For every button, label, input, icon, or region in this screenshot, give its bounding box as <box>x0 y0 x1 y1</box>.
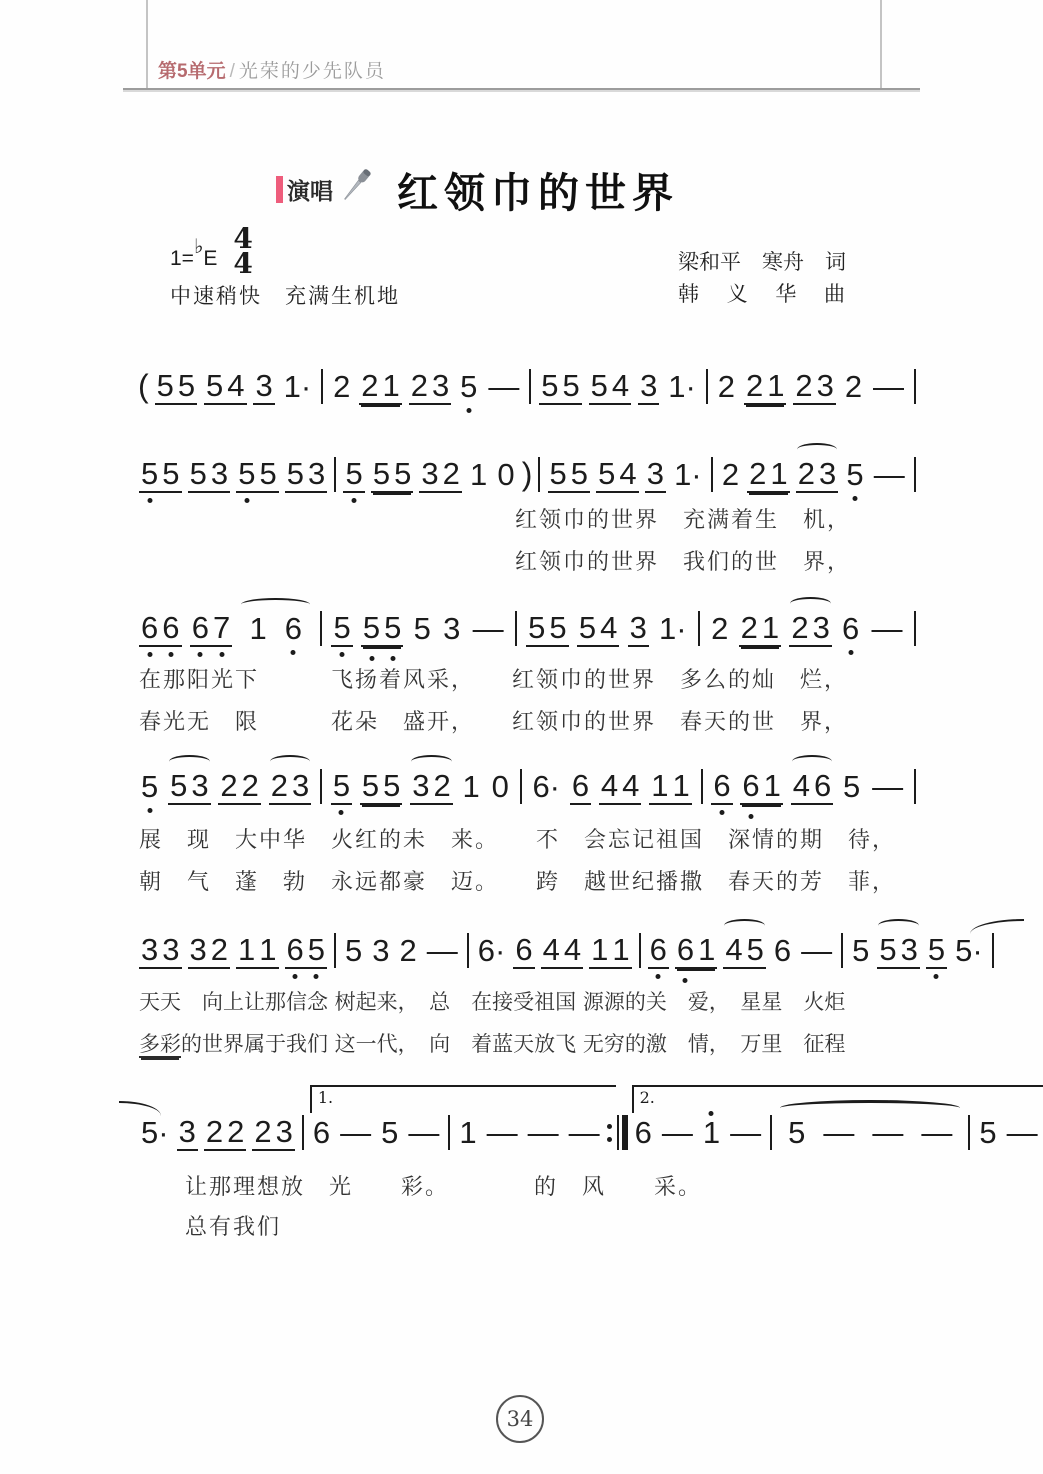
barline <box>529 369 531 404</box>
slur-arc <box>797 443 838 456</box>
songbook-page: 第5单元/光荣的少先队员 演唱 红领巾的世界 1=♭E 44 中速稍快 充满生机… <box>0 0 1043 1474</box>
note: 5 <box>155 369 176 403</box>
note: 6 <box>276 612 311 646</box>
note-group: 0 <box>490 770 511 804</box>
notation-element <box>617 1115 619 1150</box>
note: 5 <box>841 770 862 804</box>
octave-dot-below <box>293 974 298 979</box>
note: — <box>814 1116 863 1150</box>
note-group: — <box>872 458 907 492</box>
note-group: 32 <box>419 457 462 493</box>
note: 5 <box>139 770 160 804</box>
notation-element: 553222355532106·64411661465— <box>136 769 920 804</box>
notation-element <box>622 1115 628 1150</box>
note: 6 <box>648 933 669 967</box>
note-group: 5 <box>850 934 871 968</box>
note: — <box>728 1116 763 1150</box>
note: 1 <box>461 770 482 804</box>
note: 5 <box>877 933 898 967</box>
barline <box>968 1115 970 1150</box>
note-group: 53 <box>188 457 231 493</box>
note: 5 <box>176 369 197 403</box>
note-group: — <box>871 370 906 404</box>
note-group: — <box>471 612 506 646</box>
note-group: 1 <box>461 770 482 804</box>
note: 1 <box>696 933 717 967</box>
note: 6 <box>513 933 534 967</box>
note: 5 <box>392 457 413 491</box>
slur-arc <box>780 1100 960 1116</box>
note: — <box>660 1116 695 1150</box>
note: 1 <box>589 933 610 967</box>
notation-element: 33321165532—6·64411661456—55355· <box>136 933 998 968</box>
note-group: — <box>1005 1116 1040 1150</box>
note: 2 <box>716 370 737 404</box>
tempo-marking: 中速稍快 充满生机地 <box>170 280 400 310</box>
slur-arc <box>169 755 210 768</box>
page-number: 34 <box>507 1407 534 1431</box>
note: 6 <box>840 612 861 646</box>
note: 5 <box>285 457 306 491</box>
note-group: — <box>406 1116 441 1150</box>
barline <box>639 933 641 968</box>
octave-dot-below <box>244 498 249 503</box>
repeat-end-barline <box>607 1115 628 1150</box>
barline <box>515 611 517 646</box>
note: 2 <box>331 370 352 404</box>
octave-dot-below <box>719 810 724 815</box>
note-group: — <box>338 1116 373 1150</box>
note-group: 6 <box>633 1116 654 1150</box>
note-group: 6 <box>513 933 534 969</box>
note-group: 55 <box>360 769 403 805</box>
note-group: — <box>799 934 834 968</box>
note: 2 <box>359 369 380 403</box>
note-group: 1· <box>672 458 704 492</box>
header-border-right <box>880 0 882 88</box>
sing-label: 演唱 <box>287 173 333 206</box>
note: 5 <box>547 611 568 645</box>
note: 1 <box>610 933 631 967</box>
note-group: 6· <box>476 934 508 968</box>
note: 1 <box>468 458 489 492</box>
note-group: 54 <box>589 369 632 405</box>
note: — <box>871 370 906 404</box>
note-group: 23 <box>789 611 832 647</box>
note: 5 <box>343 934 364 968</box>
page-number-badge: 34 <box>496 1395 544 1443</box>
note-group: 5 <box>331 769 352 805</box>
note: 3 <box>160 933 181 967</box>
note: 5 <box>360 769 381 803</box>
note-group: 21 <box>359 369 402 405</box>
note: 1 <box>457 1116 478 1150</box>
note: 5 <box>204 369 225 403</box>
underlined-lyric: 多彩 <box>139 1032 181 1058</box>
notation-element: (555431·221235—555431·221232— <box>136 368 920 404</box>
note: 6 <box>190 611 211 645</box>
note: 5 <box>139 457 160 491</box>
barline <box>770 1115 772 1150</box>
note: 5 <box>745 933 766 967</box>
note: 4 <box>562 933 583 967</box>
note-group: 2 <box>720 458 741 492</box>
note: 3 <box>811 611 832 645</box>
note-group: 23 <box>269 769 312 805</box>
lyric-line: 在那阳光下 飞扬着风采， 红领巾的世界 多么的灿 烂， <box>139 663 848 694</box>
note: 3 <box>139 933 160 967</box>
note-group: 21 <box>744 369 787 405</box>
note: 5 <box>596 457 617 491</box>
note: — <box>425 934 460 968</box>
notation-paren: ) <box>522 456 533 492</box>
note-group: 6 <box>570 769 591 805</box>
note-group: 61 <box>740 769 783 805</box>
note: 2 <box>796 457 817 491</box>
note: 2 <box>744 369 765 403</box>
note: 1 <box>768 457 789 491</box>
music-line-6: 5·322231.6—5—1———2.6—1—5———5——0 <box>136 1106 920 1150</box>
octave-dot-below <box>749 814 754 819</box>
note-group: 55 <box>155 369 198 405</box>
note-group: 1 <box>701 1116 722 1150</box>
barline <box>321 369 323 404</box>
note-group: 5 <box>926 933 947 969</box>
note: 3 <box>189 769 210 803</box>
note: 6· <box>476 934 508 968</box>
note-group: 5 <box>343 457 364 493</box>
note-group: 6· <box>530 770 562 804</box>
note-group: 2 <box>709 612 730 646</box>
note: 5 <box>381 769 402 803</box>
note: 1 <box>762 769 783 803</box>
note-group: 21 <box>747 457 790 493</box>
slur-arc <box>724 919 765 932</box>
microphone-icon <box>335 164 377 206</box>
barline <box>914 457 916 492</box>
note-group: 2 <box>716 370 737 404</box>
note: 6 <box>711 769 732 803</box>
note: 3 <box>188 933 209 967</box>
octave-dot-below <box>352 498 357 503</box>
note: 5 <box>236 457 257 491</box>
lyricist-credit: 梁和平 寒舟 词 <box>678 246 846 278</box>
breadcrumb-separator: / <box>226 61 239 82</box>
note-group: 2 <box>843 370 864 404</box>
note: 5 <box>977 1116 998 1150</box>
note-group: 3 <box>370 934 391 968</box>
octave-dot-below <box>339 810 344 815</box>
note-group: 53 <box>168 769 211 805</box>
octave-dot-below <box>390 656 395 661</box>
note: 3 <box>306 457 327 491</box>
note: 2 <box>409 369 430 403</box>
note-group: 55 <box>236 457 279 493</box>
barline <box>448 1115 450 1150</box>
note: 5 <box>343 457 364 491</box>
barline <box>320 611 322 646</box>
slur-arc <box>270 755 311 768</box>
notation-element <box>607 1115 612 1150</box>
note: 3 <box>628 611 649 645</box>
note-group: 66 <box>139 611 182 647</box>
note: 3 <box>410 769 431 803</box>
note: 5 <box>331 611 352 645</box>
note-group: 11 <box>649 769 692 805</box>
barline <box>914 369 916 404</box>
note-group: 1· <box>657 612 689 646</box>
lyric-line: 多彩的世界属于我们 这一代， 向 着蓝天放飞 无穷的激 情， 万里 征程 <box>139 1028 845 1058</box>
header-rule <box>123 88 920 90</box>
note-group: 6 <box>772 934 793 968</box>
note-group: 1· <box>666 370 698 404</box>
note: 3 <box>274 1115 295 1149</box>
note: 5 <box>379 1116 400 1150</box>
note-group: 65 <box>285 933 328 969</box>
note: 2 <box>204 1115 225 1149</box>
note: 5 <box>458 370 479 404</box>
octave-dot-below <box>168 652 173 657</box>
note-group: 54 <box>577 611 620 647</box>
note: 5 <box>589 369 610 403</box>
note-group: 55 <box>371 457 414 493</box>
note: — <box>912 1116 961 1150</box>
note-group: 5 <box>379 1116 400 1150</box>
note-group: 1 <box>468 458 489 492</box>
volta-bracket-1.: 1. <box>310 1085 616 1113</box>
note: 3 <box>817 457 838 491</box>
title-row: 演唱 红领巾的世界 <box>276 160 679 219</box>
note-group: — <box>728 1116 763 1150</box>
note-group: 67 <box>190 611 233 647</box>
note: 3 <box>177 1115 198 1149</box>
note-group: 54 <box>204 369 247 405</box>
lyric-line: 春光无 限 花朵 盛开， 红领巾的世界 春天的世 界， <box>139 705 848 736</box>
octave-dot-below <box>147 808 152 813</box>
octave-dot-above <box>709 1111 714 1116</box>
music-line-3: 66671655553—555431·221236— <box>136 602 920 646</box>
octave-dot-below <box>147 652 152 657</box>
music-line-1: (555431·221235—555431·221232— <box>136 360 920 404</box>
lyric-line: 红领巾的世界 充满着生 机， <box>515 503 851 534</box>
note: 2 <box>225 1115 246 1149</box>
note: — <box>526 1116 561 1150</box>
slur-arc <box>792 755 833 768</box>
note: 1 <box>760 611 781 645</box>
note: 1· <box>672 458 704 492</box>
note: 5 <box>257 457 278 491</box>
note-group: 6 <box>711 769 732 805</box>
note: 4 <box>541 933 562 967</box>
note: 1· <box>282 370 314 404</box>
lyric-line: 展 现 大中华 火红的未 来。 不 会忘记祖国 深情的期 待， <box>139 823 896 854</box>
note: 6 <box>633 1116 654 1150</box>
breadcrumb: 第5单元/光荣的少先队员 <box>158 56 386 83</box>
note-group: 45 <box>723 933 766 969</box>
note: 6 <box>139 611 160 645</box>
octave-dot-below <box>219 652 224 657</box>
barline <box>538 457 540 492</box>
note: 1 <box>257 933 278 967</box>
barline <box>706 369 708 404</box>
music-line-2: 555355535553210)555431·221235— <box>136 448 920 492</box>
tie-out-arc <box>970 919 1024 934</box>
slur-arc <box>411 755 452 768</box>
note: — <box>863 1116 912 1150</box>
note: 2 <box>709 612 730 646</box>
unit-title: 光荣的少先队员 <box>239 61 386 82</box>
lyric-line: 红领巾的世界 我们的世 界， <box>515 545 851 576</box>
barline <box>334 457 336 492</box>
note: 6 <box>311 1116 332 1150</box>
time-signature: 44 <box>233 226 252 276</box>
barline <box>334 933 336 968</box>
note-group: — <box>526 1116 561 1150</box>
octave-dot-below <box>466 408 471 413</box>
note-group: 32 <box>410 769 453 805</box>
note: 2 <box>793 369 814 403</box>
octave-dot-below <box>369 656 374 661</box>
octave-dot-below <box>852 496 857 501</box>
note: — <box>1005 1116 1040 1150</box>
notation-element: 1.6—5—1——— <box>308 1115 630 1150</box>
note-group: 53 <box>285 457 328 493</box>
note-group: 44 <box>599 769 642 805</box>
notation-element: 66671655553—555431·221236— <box>136 611 920 646</box>
note-group: 1· <box>282 370 314 404</box>
note-group: — <box>660 1116 695 1150</box>
note-group: 6 <box>840 612 861 646</box>
lyric-line: 总有我们 <box>185 1210 281 1241</box>
credits: 梁和平 寒舟 词 韩 义 华 曲 <box>678 246 846 310</box>
music-line-4: 553222355532106·64411661465— <box>136 760 920 804</box>
note-group: 61 <box>675 933 718 969</box>
note: 4 <box>610 369 631 403</box>
note-group: 5 <box>844 458 865 492</box>
note: 1· <box>657 612 689 646</box>
note-group: 16 <box>240 612 311 646</box>
note: 6 <box>740 769 761 803</box>
note: 6 <box>285 933 306 967</box>
note: 6 <box>812 769 833 803</box>
note: 5 <box>188 457 209 491</box>
note: 3 <box>253 369 274 403</box>
note: 5 <box>526 611 547 645</box>
note-group: 22 <box>218 769 261 805</box>
note-group: 11 <box>589 933 632 969</box>
note: 5 <box>569 457 590 491</box>
note: 5· <box>139 1116 171 1150</box>
note-group: 55 <box>139 457 182 493</box>
note: 4 <box>225 369 246 403</box>
note: 5 <box>160 457 181 491</box>
note: 5 <box>539 369 560 403</box>
accent-bar <box>276 176 283 203</box>
note: 1 <box>649 769 670 803</box>
note: — <box>486 370 521 404</box>
note-group: 55 <box>548 457 591 493</box>
note: 6 <box>772 934 793 968</box>
note: 3 <box>209 457 230 491</box>
note-group: 3 <box>177 1115 198 1151</box>
note: 2 <box>739 611 760 645</box>
lyric-line: 让那理想放 光 彩。 的 风 采。 <box>185 1170 702 1201</box>
note-group: — <box>485 1116 520 1150</box>
note: 1 <box>670 769 691 803</box>
note-group: 32 <box>188 933 231 969</box>
note: 4 <box>620 769 641 803</box>
note: 7 <box>211 611 232 645</box>
note: 1 <box>701 1116 722 1150</box>
note-group: 5 <box>977 1116 998 1150</box>
note: 5 <box>331 769 352 803</box>
note: 3 <box>815 369 836 403</box>
note: 3 <box>899 933 920 967</box>
note: 2 <box>209 933 230 967</box>
octave-dot-below <box>291 650 296 655</box>
notation-element: 555355535553210)555431·221235— <box>136 456 920 492</box>
note-group: 55 <box>539 369 582 405</box>
notation-element: 2. <box>640 1088 655 1107</box>
barline <box>914 769 916 804</box>
note-group: 23 <box>252 1115 295 1151</box>
note-group: 3 <box>441 612 462 646</box>
note: — <box>567 1116 602 1150</box>
barline <box>320 769 322 804</box>
note-group: — <box>486 370 521 404</box>
note: — <box>870 770 905 804</box>
note-group: 0 <box>495 458 516 492</box>
note-group: 5——— <box>779 1116 961 1150</box>
note: 2 <box>269 769 290 803</box>
note: 6 <box>675 933 696 967</box>
octave-dot-below <box>683 978 688 983</box>
note-group: 6 <box>648 933 669 969</box>
note-group: 23 <box>793 369 836 405</box>
header-border-left <box>146 0 148 88</box>
note: — <box>799 934 834 968</box>
composer-credit: 韩 义 华 曲 <box>678 278 846 310</box>
note: 3 <box>419 457 440 491</box>
notation-paren: ( <box>138 368 149 404</box>
note-group: 2 <box>331 370 352 404</box>
note: 0 <box>490 770 511 804</box>
key-tonic: 1=♭E <box>170 226 217 271</box>
note: 5 <box>560 369 581 403</box>
note-group: 53 <box>877 933 920 969</box>
note: 3 <box>441 612 462 646</box>
note: 2 <box>720 458 741 492</box>
slur-arc <box>241 598 310 611</box>
note: 1 <box>765 369 786 403</box>
octave-dot-below <box>848 650 853 655</box>
octave-dot-below <box>656 974 661 979</box>
notation-element: 1. <box>318 1088 333 1107</box>
note: 2 <box>252 1115 273 1149</box>
note-group: — <box>567 1116 602 1150</box>
note: 5 <box>371 457 392 491</box>
note-group: 6 <box>311 1116 332 1150</box>
note: 2 <box>789 611 810 645</box>
note-group: 3 <box>638 369 659 405</box>
note: 4 <box>723 933 744 967</box>
note: 5 <box>412 612 433 646</box>
note: 4 <box>617 457 638 491</box>
notation-element: 2.6—1—5———5——0 <box>630 1115 1043 1150</box>
note: 5 <box>779 1116 814 1150</box>
notation-element <box>607 1124 612 1129</box>
unit-label: 第5单元 <box>158 61 226 82</box>
